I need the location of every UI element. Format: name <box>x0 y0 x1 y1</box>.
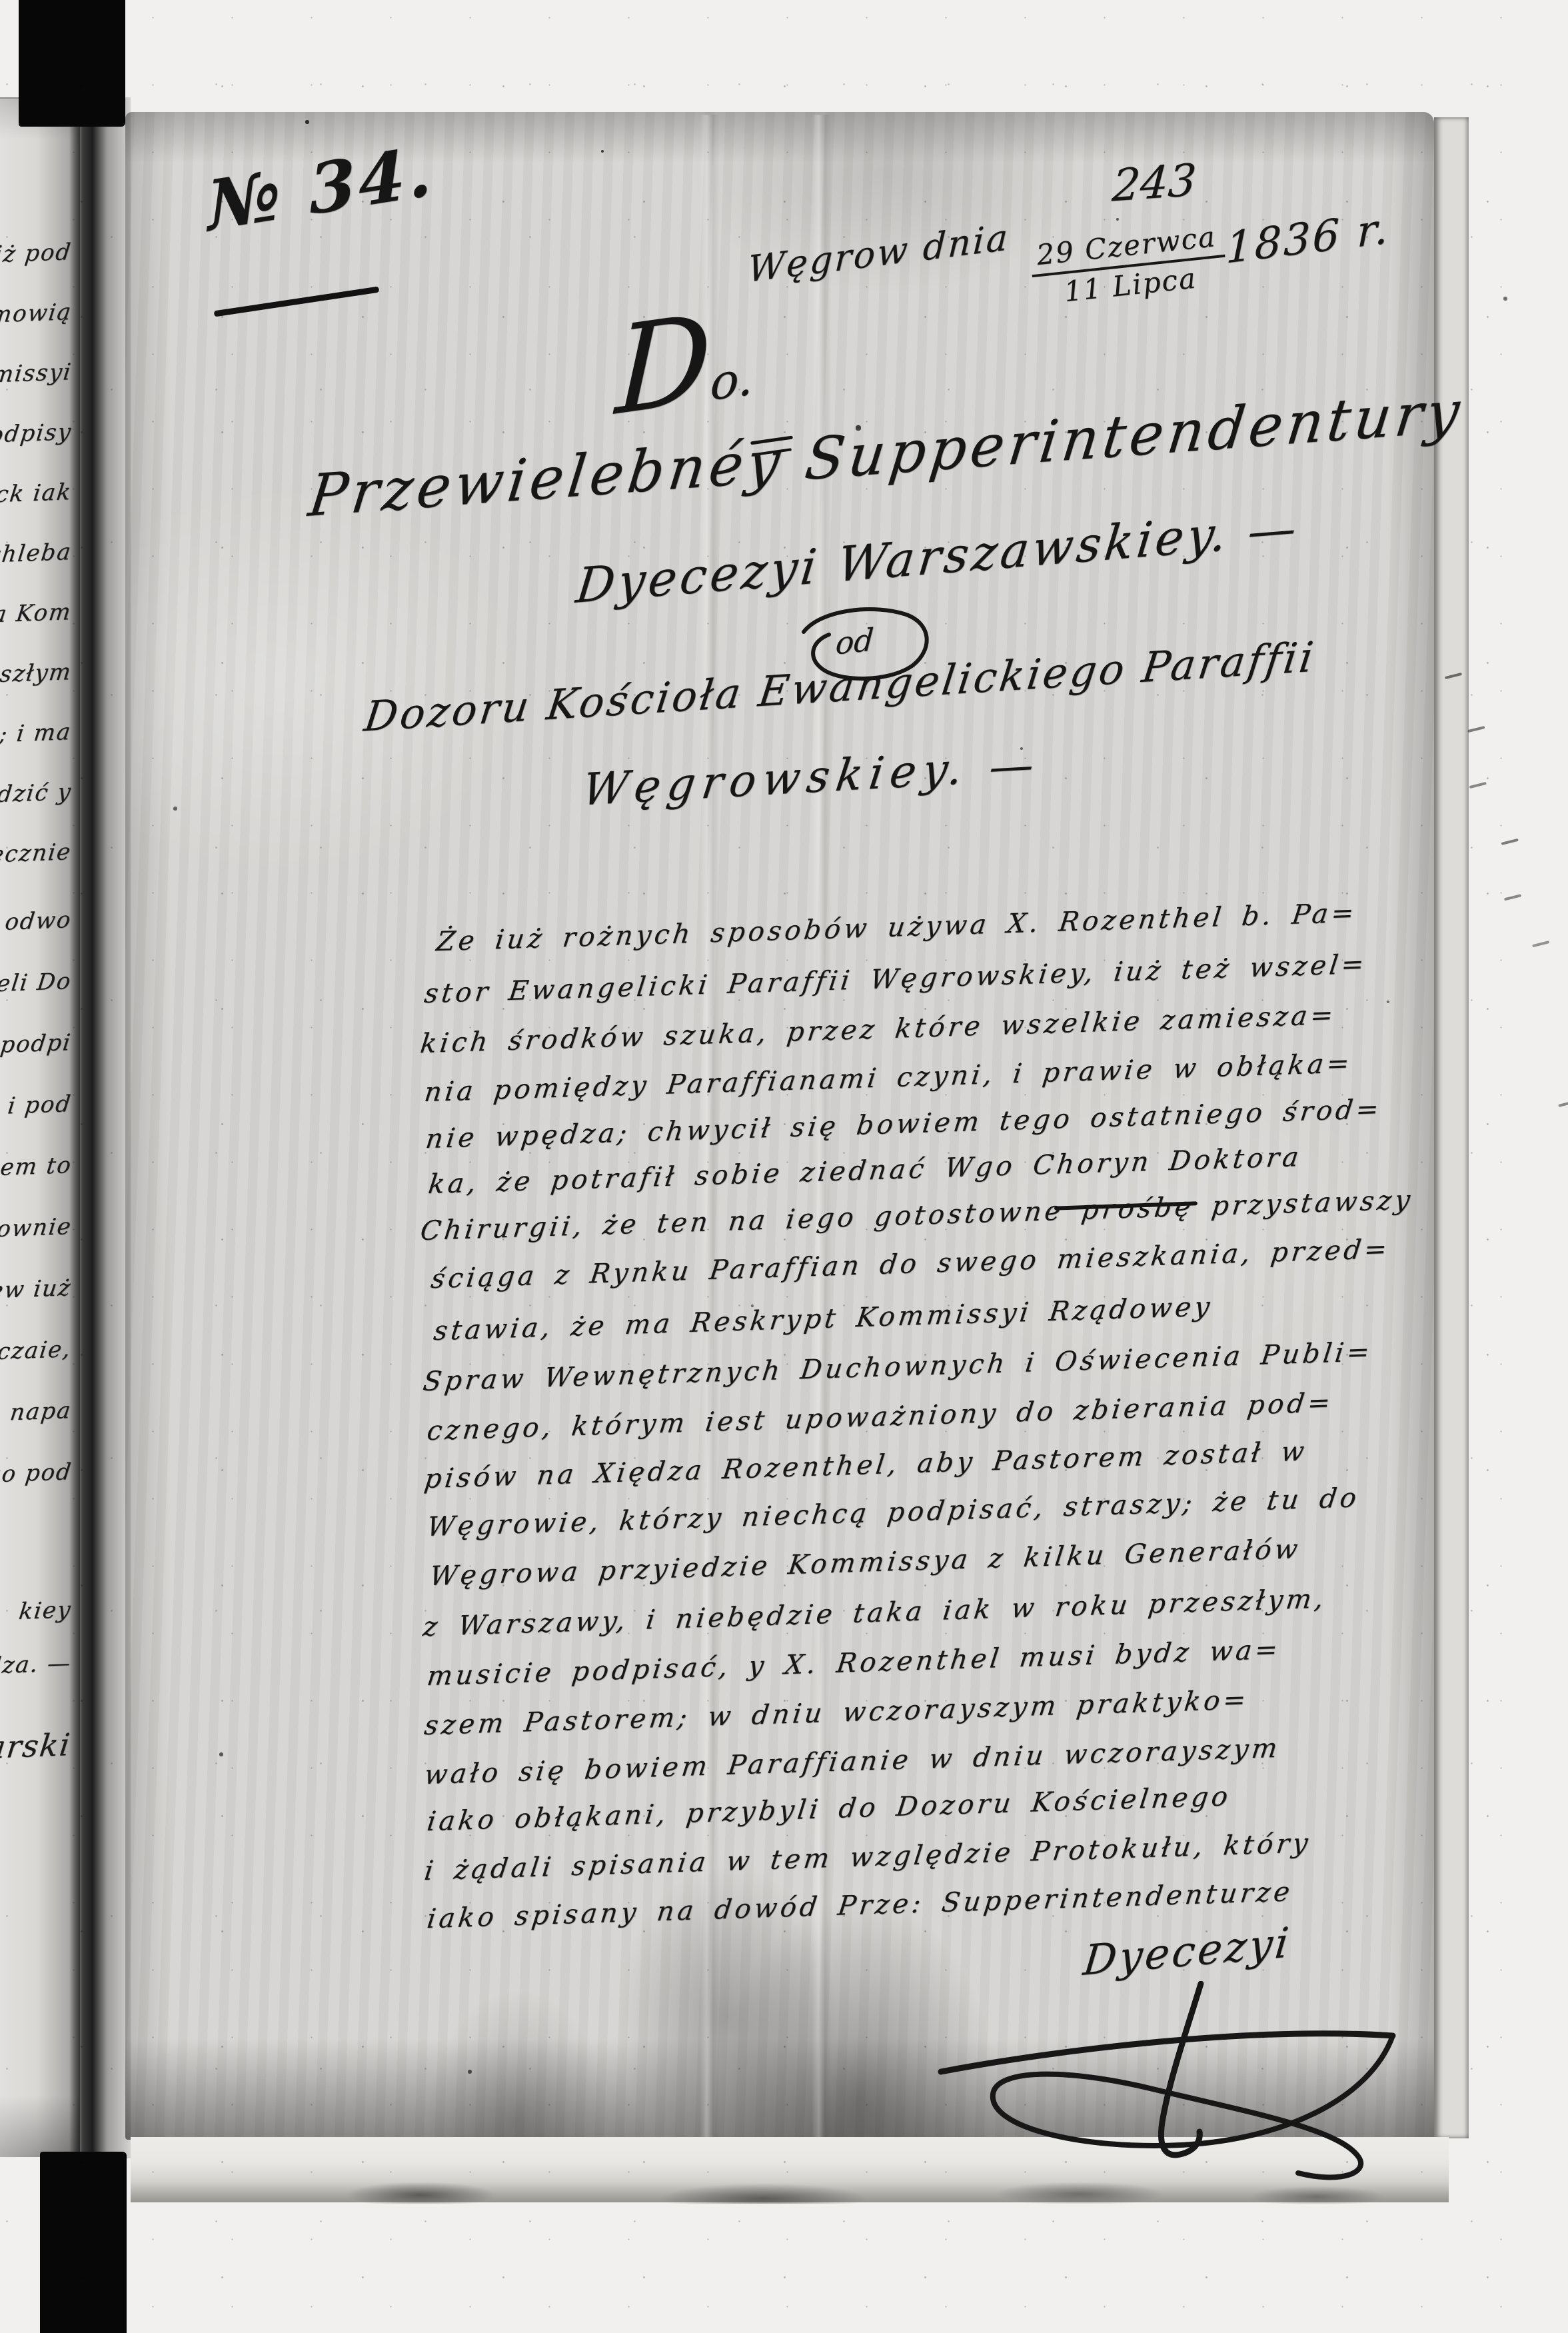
left-page-fragment: Koniecznie <box>0 839 73 870</box>
signature-flourish <box>921 1981 1414 2201</box>
left-page-fragment: n iakeli Do <box>0 968 73 999</box>
previous-page-edge <box>0 99 80 2157</box>
film-black-band-bottom <box>40 2152 127 2333</box>
left-page-fragment: niony i pod <box>0 1091 73 1123</box>
left-page-fragment: irdza. — <box>0 1650 73 1680</box>
left-page-fragment: rat podpisy <box>0 419 73 451</box>
left-page-fragment: ią podpi <box>0 1029 73 1060</box>
left-page-signature-fragment: arski <box>0 1726 73 1766</box>
film-black-band-top <box>19 0 125 127</box>
left-page-fragment: inna Kom <box>0 599 73 629</box>
left-page-fragment: kiey <box>17 1596 73 1625</box>
salutation-do: Do. <box>614 282 757 443</box>
left-page-fragment: wick iak <box>0 479 73 509</box>
folio-number: 243 <box>1111 154 1198 211</box>
archival-scan: abym iż pod kwiła, mowią Kommissyi rat p… <box>0 0 1568 2333</box>
left-page-fragment: m; i ma <box>0 719 73 749</box>
left-page-fragment: Kommissyi <box>0 359 73 390</box>
left-page-fragment: pisem to <box>0 1152 73 1182</box>
left-page-fragment: hora napa <box>0 1397 73 1428</box>
ink-specks <box>0 0 1 1</box>
binding-gutter-shadow <box>69 97 131 2158</box>
